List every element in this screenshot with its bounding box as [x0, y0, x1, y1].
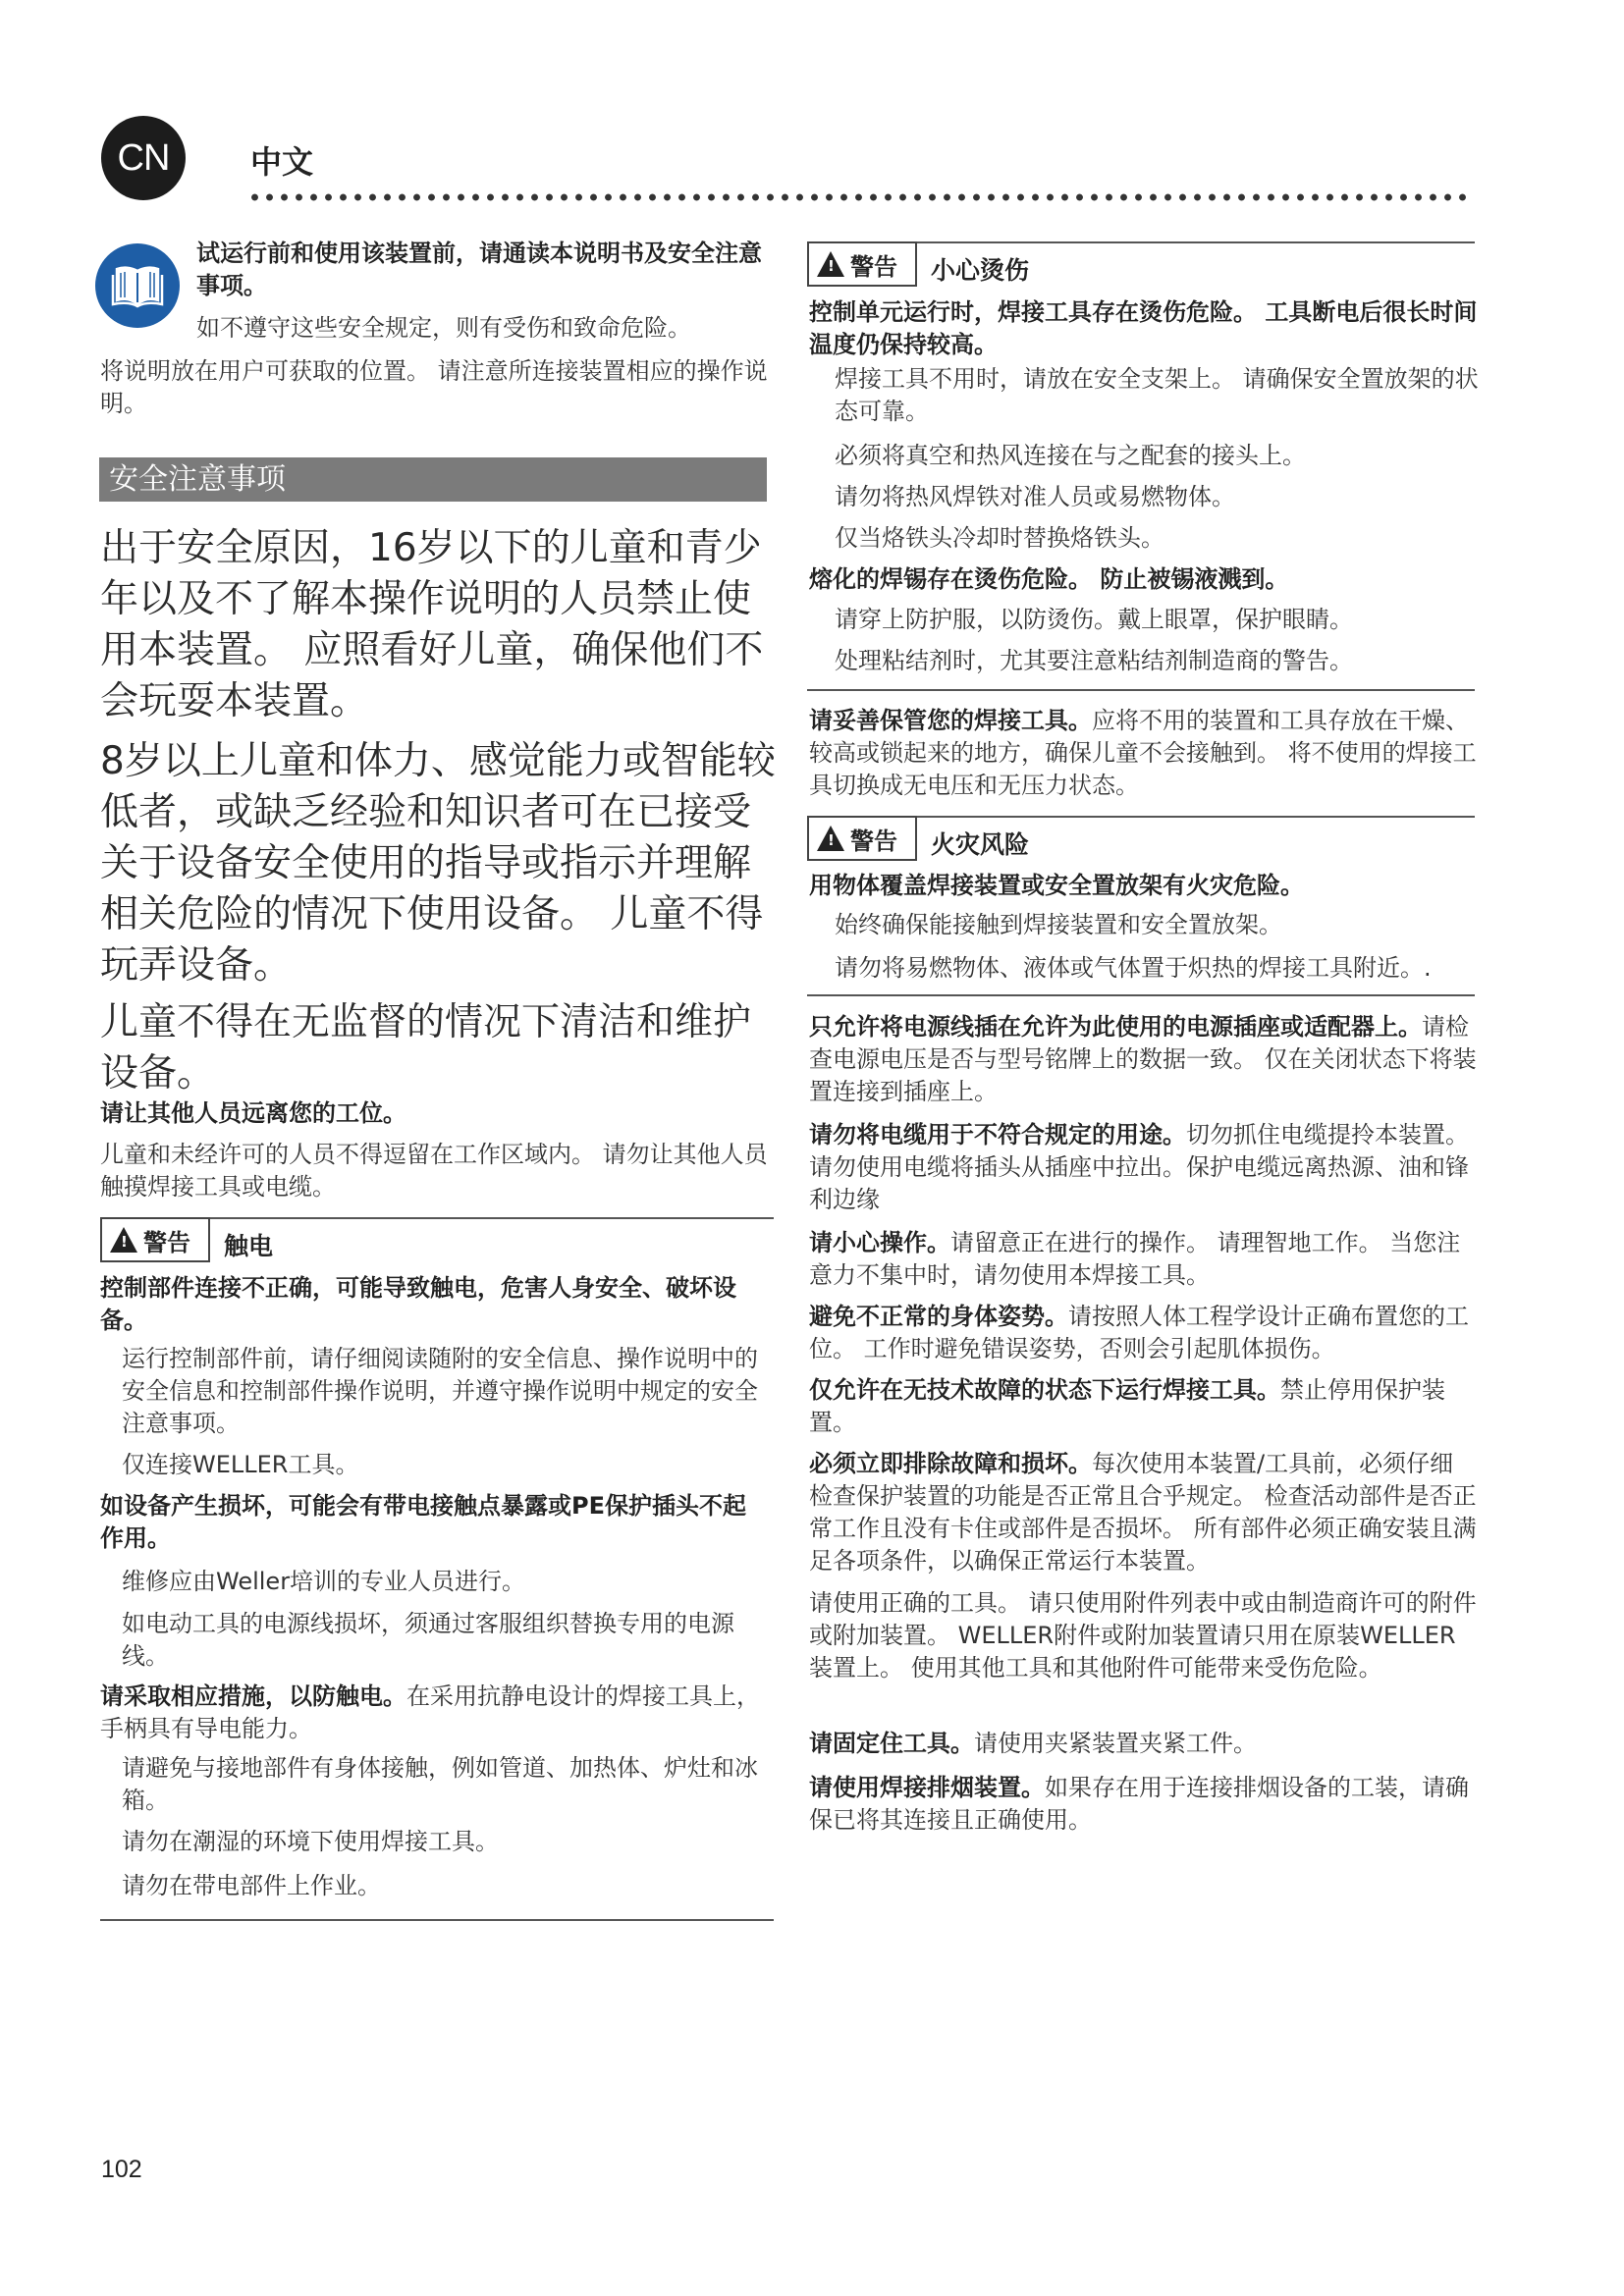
fire-item-2: 请勿将易燃物体、液体或气体置于炽热的焊接工具附近。.	[813, 952, 1490, 985]
warning-label: 警告	[850, 247, 897, 282]
no-unsupervised-cleaning-text: 儿童不得在无监督的情况下清洁和维护设备。	[100, 997, 778, 1099]
divider	[807, 689, 1475, 691]
section-heading-safety: 安全注意事项	[99, 457, 767, 502]
para-heading: 只允许将电源线插在允许为此使用的电源插座或适配器上。	[809, 1013, 1422, 1041]
intro-instructions-text: 将说明放在用户可获取的位置。 请注意所连接装置相应的操作说明。	[100, 355, 771, 420]
warning-title-shock: 触电	[224, 1227, 273, 1262]
no-fault-para: 仅允许在无技术故障的状态下运行焊接工具。禁止停用保护装置。	[809, 1374, 1477, 1439]
para-heading: 避免不正常的身体姿势。	[809, 1303, 1068, 1330]
storage-para: 请妥善保管您的焊接工具。应将不用的装置和工具存放在干燥、较高或锁起来的地方，确保…	[809, 705, 1477, 802]
warning-badge: 警告	[100, 1217, 210, 1262]
read-manual-icon	[95, 243, 180, 328]
reduced-capability-text: 8岁以上儿童和体力、感觉能力或智能较低者，或缺乏经验和知识者可在已接受关于设备安…	[100, 736, 778, 991]
dotted-divider	[247, 192, 1471, 202]
secure-tool-para: 请固定住工具。请使用夹紧装置夹紧工件。	[809, 1728, 1477, 1760]
fix-damage-para: 必须立即排除故障和损坏。每次使用本装置/工具前，必须仔细检查保护装置的功能是否正…	[809, 1448, 1477, 1577]
page-number: 102	[101, 2156, 142, 2184]
children-restriction-text: 出于安全原因，16岁以下的儿童和青少年以及不了解本操作说明的人员禁止使用本装置。…	[100, 523, 778, 727]
burn-item-1: 焊接工具不用时，请放在安全支架上。 请确保安全置放架的状态可靠。	[813, 363, 1490, 428]
divider	[807, 994, 1475, 996]
shock-item-3: 维修应由Weller培训的专业人员进行。	[100, 1566, 778, 1598]
burn-item-4: 仅当烙铁头冷却时替换烙铁头。	[813, 522, 1490, 555]
shock-prevention-para: 请采取相应措施，以防触电。在采用抗静电设计的焊接工具上，手柄具有导电能力。	[100, 1681, 768, 1745]
burn-heading-1: 控制单元运行时，焊接工具存在烫伤危险。 工具断电后很长时间温度仍保持较高。	[809, 296, 1487, 361]
para-heading: 请使用焊接排烟装置。	[809, 1774, 1045, 1801]
shock-item-2: 仅连接WELLER工具。	[100, 1449, 778, 1481]
fire-heading: 用物体覆盖焊接装置或安全置放架有火灾危险。	[809, 870, 1487, 902]
warning-label: 警告	[143, 1223, 190, 1257]
language-badge-label: CN	[118, 137, 170, 180]
para-heading: 仅允许在无技术故障的状态下运行焊接工具。	[809, 1376, 1280, 1404]
warning-title-fire: 火灾风险	[931, 826, 1029, 861]
burn-item-2: 必须将真空和热风连接在与之配套的接头上。	[813, 440, 1490, 472]
burn-heading-2: 熔化的焊锡存在烫伤危险。 防止被锡液溅到。	[809, 563, 1487, 596]
shock-item-4: 如电动工具的电源线损坏，须通过客服组织替换专用的电源线。	[100, 1608, 778, 1673]
warning-title-burn: 小心烫伤	[931, 251, 1029, 287]
para-heading: 必须立即排除故障和损坏。	[809, 1450, 1092, 1477]
shock-heading-2: 如设备产生损坏，可能会有带电接触点暴露或PE保护插头不起作用。	[100, 1490, 768, 1555]
shock-item-1: 运行控制部件前，请仔细阅读随附的安全信息、操作说明中的安全信息和控制部件操作说明…	[100, 1343, 778, 1440]
fire-item-1: 始终确保能接触到焊接装置和安全置放架。	[813, 909, 1490, 941]
burn-item-5: 请穿上防护服，以防烫伤。戴上眼罩，保护眼睛。	[813, 604, 1490, 636]
intro-warning-heading: 试运行前和使用该装置前，请通读本说明书及安全注意事项。	[196, 238, 771, 302]
language-badge: CN	[101, 116, 186, 200]
keep-away-heading: 请让其他人员远离您的工位。	[100, 1097, 778, 1130]
shock-item-7: 请勿在带电部件上作业。	[100, 1870, 778, 1902]
intro-warning-text: 如不遵守这些安全规定，则有受伤和致命危险。	[196, 312, 771, 345]
warning-triangle-icon	[817, 251, 844, 277]
warning-badge: 警告	[807, 241, 917, 287]
posture-para: 避免不正常的身体姿势。请按照人体工程学设计正确布置您的工位。 工作时避免错误姿势…	[809, 1301, 1477, 1365]
shock-heading-1: 控制部件连接不正确，可能导致触电，危害人身安全、破坏设备。	[100, 1272, 768, 1337]
shock-item-5: 请避免与接地部件有身体接触，例如管道、加热体、炉灶和冰箱。	[100, 1752, 778, 1817]
warning-label: 警告	[850, 822, 897, 856]
para-heading: 请小心操作。	[809, 1229, 950, 1256]
cable-use-para: 请勿将电缆用于不符合规定的用途。切勿抓住电缆提拎本装置。 请勿使用电缆将插头从插…	[809, 1119, 1477, 1216]
warning-triangle-icon	[110, 1227, 137, 1253]
careful-operation-para: 请小心操作。请留意正在进行的操作。 请理智地工作。 当您注意力不集中时，请勿使用…	[809, 1227, 1477, 1292]
para-text: 请使用正确的工具。 请只使用附件列表中或由制造商许可的附件或附加装置。 WELL…	[809, 1589, 1477, 1682]
para-heading: 请勿将电缆用于不符合规定的用途。	[809, 1121, 1186, 1148]
shock-item-6: 请勿在潮湿的环境下使用焊接工具。	[100, 1826, 778, 1858]
correct-tools-para: 请使用正确的工具。 请只使用附件列表中或由制造商许可的附件或附加装置。 WELL…	[809, 1587, 1477, 1684]
page-title: 中文	[250, 137, 313, 183]
power-socket-para: 只允许将电源线插在允许为此使用的电源插座或适配器上。请检查电源电压是否与型号铭牌…	[809, 1011, 1477, 1108]
divider	[100, 1919, 774, 1921]
burn-item-3: 请勿将热风焊铁对准人员或易燃物体。	[813, 481, 1490, 513]
storage-heading: 请妥善保管您的焊接工具。	[809, 707, 1092, 734]
burn-item-6: 处理粘结剂时，尤其要注意粘结剂制造商的警告。	[813, 645, 1490, 677]
shock-prevention-heading: 请采取相应措施，以防触电。	[100, 1682, 406, 1710]
para-heading: 请固定住工具。	[809, 1730, 974, 1757]
para-text: 请使用夹紧装置夹紧工件。	[974, 1730, 1257, 1757]
warning-triangle-icon	[817, 826, 844, 851]
warning-badge: 警告	[807, 816, 917, 861]
fume-extraction-para: 请使用焊接排烟装置。如果存在用于连接排烟设备的工装，请确保已将其连接且正确使用。	[809, 1772, 1477, 1837]
keep-away-text: 儿童和未经许可的人员不得逗留在工作区域内。 请勿让其他人员触摸焊接工具或电缆。	[100, 1139, 768, 1203]
